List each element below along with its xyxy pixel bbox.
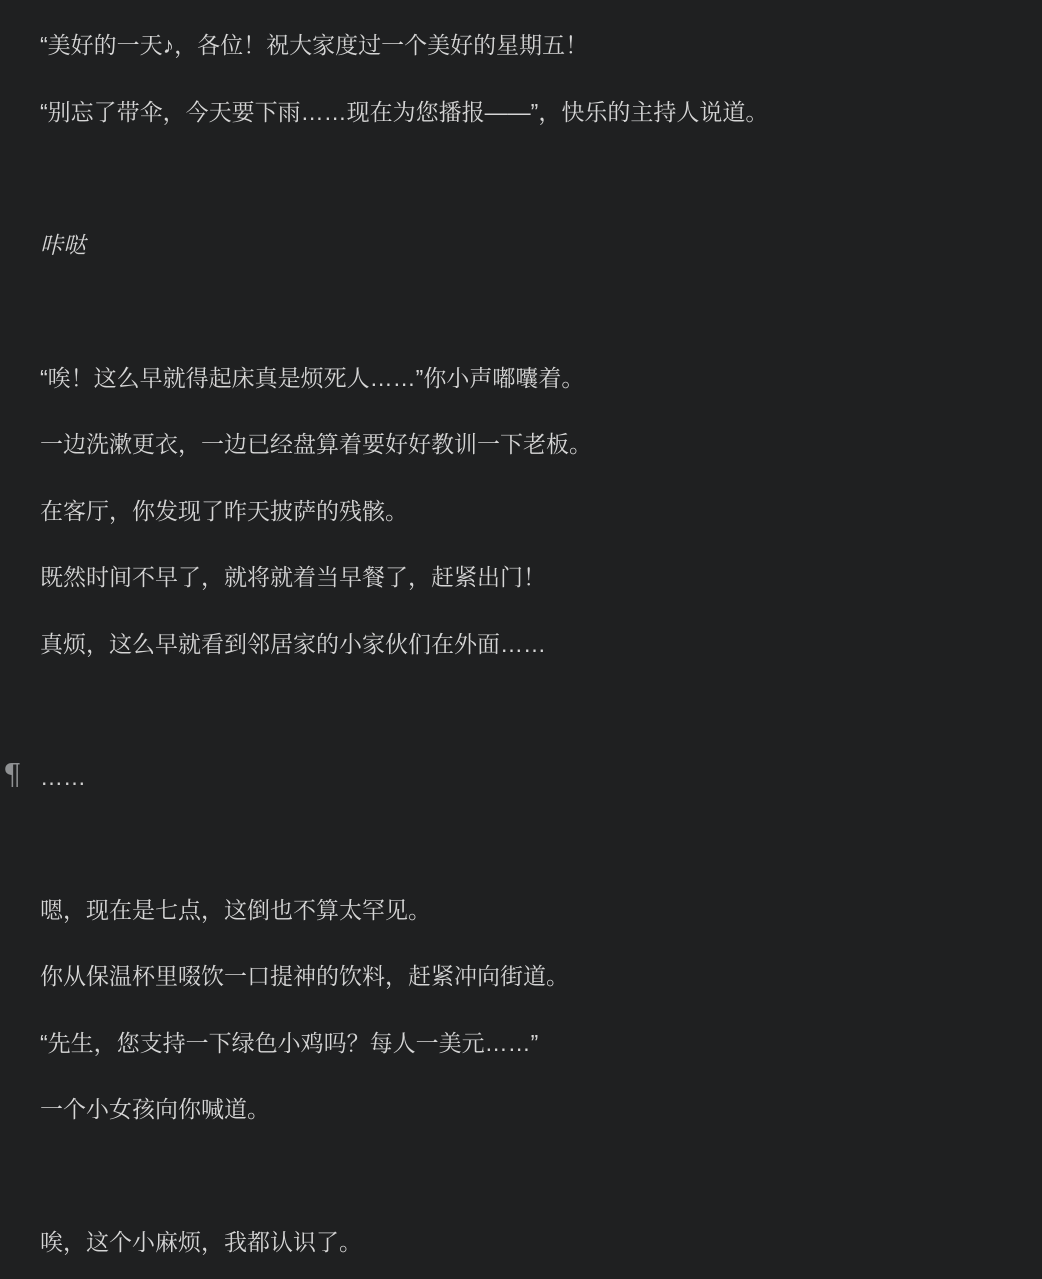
story-paragraph: 在客厅，你发现了昨天披萨的残骸。 <box>40 496 1002 526</box>
story-paragraph: “先生，您支持一下绿色小鸡吗？每人一美元……” <box>40 1028 1002 1058</box>
story-paragraph: “美好的一天♪，各位！祝大家度过一个美好的星期五！ <box>40 30 1002 60</box>
story-paragraph: 一个小女孩向你喊道。 <box>40 1094 1002 1124</box>
story-paragraph: 既然时间不早了，就将就着当早餐了，赶紧出门！ <box>40 562 1002 592</box>
blank-line <box>40 296 1002 363</box>
paragraph-text: …… <box>40 764 86 790</box>
story-paragraph: 真烦，这么早就看到邻居家的小家伙们在外面…… <box>40 629 1002 659</box>
story-paragraph: 唉，这个小麻烦，我都认识了。 <box>40 1227 1002 1257</box>
blank-line <box>40 163 1002 230</box>
story-paragraph: 你从保温杯里啜饮一口提神的饮料，赶紧冲向街道。 <box>40 961 1002 991</box>
story-paragraph: “唉！这么早就得起床真是烦死人……”你小声嘟囔着。 <box>40 363 1002 393</box>
story-paragraph: 嗯，现在是七点，这倒也不算太罕见。 <box>40 895 1002 925</box>
story-paragraph: 一边洗漱更衣，一边已经盘算着要好好教训一下老板。 <box>40 429 1002 459</box>
blank-line <box>40 1161 1002 1228</box>
story-paragraph-sfx: 咔哒 <box>40 230 1002 260</box>
blank-line <box>40 828 1002 895</box>
pilcrow-anchor-icon[interactable]: ¶ <box>3 759 21 789</box>
story-page: “美好的一天♪，各位！祝大家度过一个美好的星期五！ “别忘了带伞，今天要下雨……… <box>0 0 1042 1279</box>
blank-line <box>40 695 1002 762</box>
story-paragraph-anchored: ¶ …… <box>40 762 1002 792</box>
story-paragraph: “别忘了带伞，今天要下雨……现在为您播报——”，快乐的主持人说道。 <box>40 97 1002 127</box>
